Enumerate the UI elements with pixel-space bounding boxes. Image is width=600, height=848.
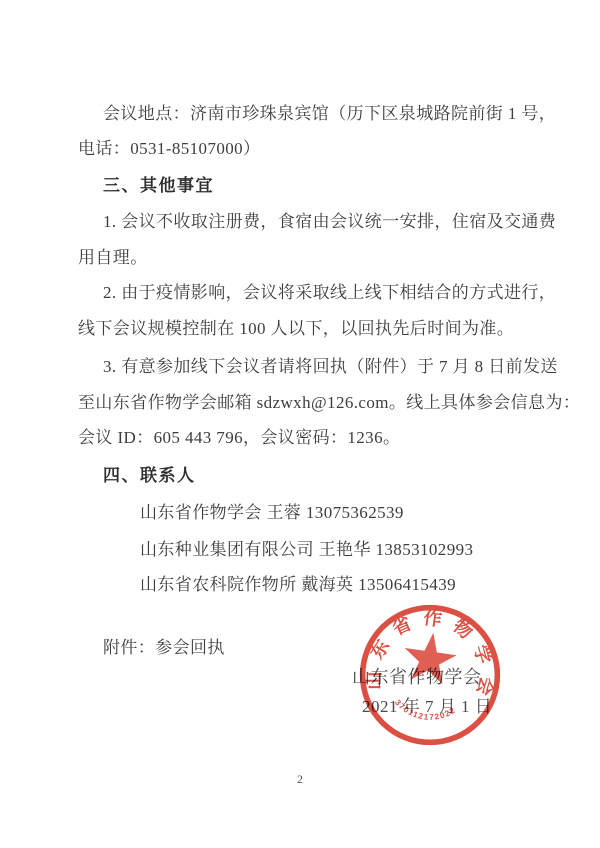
item3-line1: 3. 有意参加线下会议者请将回执（附件）于 7 月 8 日前发送 [103, 355, 558, 379]
attachment-note: 附件：参会回执 [103, 636, 225, 660]
item2-line2: 线下会议规模控制在 100 人以下，以回执先后时间为准。 [78, 317, 514, 341]
seal-star-icon [400, 629, 459, 686]
meeting-location-line2: 电话：0531-85107000） [78, 137, 260, 161]
seal-serial-number: 370112172022 [391, 697, 458, 726]
item3-line3: 会议 ID：605 443 796，会议密码：1236。 [78, 426, 400, 450]
contact-row: 山东种业集团有限公司 王艳华 13853102993 [140, 538, 473, 562]
contact-row: 山东省作物学会 王蓉 13075362539 [140, 501, 404, 525]
item2-line1: 2. 由于疫情影响，会议将采取线上线下相结合的方式进行， [103, 281, 556, 305]
item1-line2: 用自理。 [78, 246, 148, 270]
section3-heading: 三、其他事宜 [103, 174, 214, 198]
meeting-location-line1: 会议地点：济南市珍珠泉宾馆（历下区泉城路院前街 1 号， [103, 102, 556, 126]
document-page: 会议地点：济南市珍珠泉宾馆（历下区泉城路院前街 1 号， 电话：0531-851… [0, 0, 600, 848]
item3-line2: 至山东省作物学会邮箱 sdzwxh@126.com。线上具体参会信息为： [78, 391, 580, 415]
section4-heading: 四、联系人 [103, 464, 196, 488]
item1-line1: 1. 会议不收取注册费，食宿由会议统一安排，住宿及交通费 [103, 210, 556, 234]
official-seal: 山东省作物学会 370112172022 [356, 601, 504, 749]
page-number: 2 [0, 772, 600, 787]
contact-row: 山东省农科院作物所 戴海英 13506415439 [140, 573, 456, 597]
seal-graphic: 山东省作物学会 370112172022 [356, 601, 504, 749]
